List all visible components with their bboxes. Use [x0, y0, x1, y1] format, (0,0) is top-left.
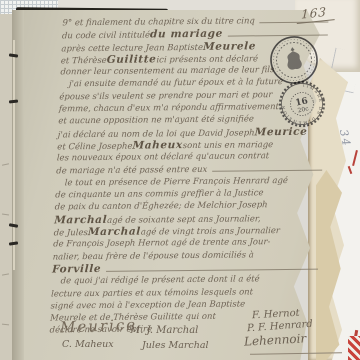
trailing-rule	[106, 269, 318, 272]
emphasized-name: Guilitte	[106, 53, 156, 66]
emphasized-name: Marchal	[88, 226, 141, 239]
striped-paper-corner	[348, 336, 360, 360]
signature: Jules Marchal	[142, 340, 209, 351]
signature: M. J. Marchal	[130, 325, 198, 336]
manuscript-text: 9° et finalement du chapitre six du titr…	[62, 15, 255, 29]
manuscript-text: et aucune opposition ne m'ayant été sign…	[58, 114, 254, 128]
bleed-through-text	[2, 324, 9, 326]
emphasized-name: Marchal	[54, 214, 107, 227]
manuscript-text: nalier, beau frère de l'épouse tous domi…	[52, 249, 254, 263]
emphasized-name: Forville	[52, 263, 101, 276]
manuscript-text: signé avec moi à l'exception de Jean Bap…	[50, 298, 245, 312]
fiscal-stamp-icon: TIMBRE DE DIMENSION 16 20c	[272, 74, 331, 133]
trailing-rule	[212, 169, 322, 171]
previous-page-sliver	[0, 14, 12, 360]
emphasized-name: Maheux	[132, 139, 183, 152]
signature: C. Maheux	[62, 339, 114, 350]
manuscript-text: de paix du canton d'Éghezée; de Melchior…	[54, 200, 267, 215]
trailing-rule	[260, 22, 329, 24]
manuscript-text: du code civil intitulé	[62, 30, 151, 43]
fiscal-stamp-denomination: 20c	[297, 105, 310, 114]
bleed-through-text	[2, 214, 9, 216]
manuscript-text: les nouveaux époux ont déclaré qu'aucun …	[57, 150, 270, 165]
emphasized-name: Meurele	[203, 40, 257, 53]
bleed-through-text	[2, 163, 9, 165]
bleed-through-text	[2, 273, 9, 275]
emphasized-name: du mariage	[150, 28, 223, 41]
photographed-register-scene: 34 163 9° et finalement du chapitre six …	[0, 0, 360, 360]
signature: Meurice	[60, 316, 138, 337]
binding-thread	[13, 40, 15, 270]
